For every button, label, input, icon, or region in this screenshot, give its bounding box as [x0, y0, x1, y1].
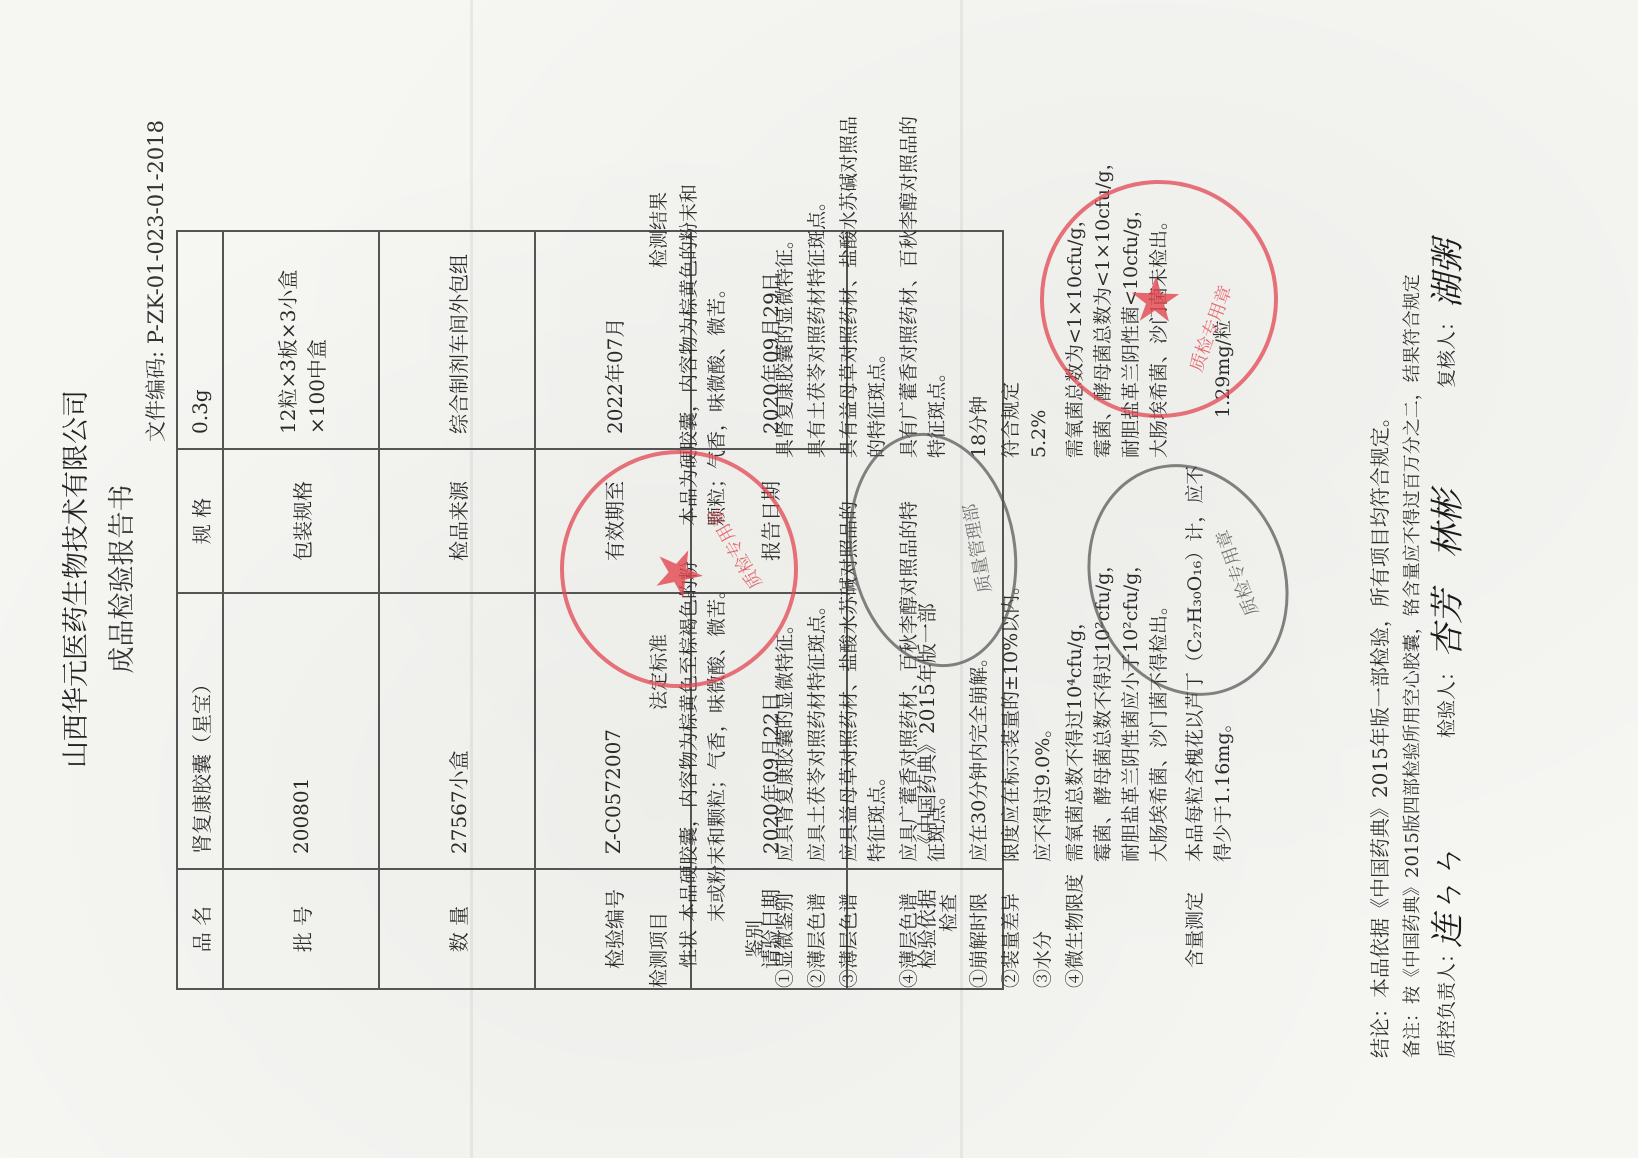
item-standard-line: 应具土茯苓对照药材特征斑点。	[802, 596, 829, 862]
item-label: ②薄层色谱	[802, 893, 829, 988]
inspector-signature: 杏芳	[1420, 590, 1469, 658]
quantity-label: 数 量	[379, 869, 535, 989]
inspection-report-page: 山西华元医药生物技术有限公司 成品检验报告书 文件编码: P-ZK-01-023…	[0, 0, 1638, 1158]
star-icon: ★	[636, 534, 717, 613]
product-name-value: 肾复康胶囊（星宝）	[177, 593, 223, 869]
item-result-line: 5.2%	[1028, 410, 1050, 458]
company-name: 山西华元医药生物技术有限公司	[54, 0, 93, 1158]
source-label: 检品来源	[379, 449, 535, 593]
source-value: 综合制剂车间外包组	[379, 231, 535, 449]
item-result-line: 18分钟	[964, 396, 991, 458]
qc-label: 质控负责人：	[1432, 944, 1459, 1058]
stamp-text: 质检专用章	[1209, 526, 1264, 619]
inspection-section: 检查	[934, 894, 961, 932]
item-standard-line: 征斑点。	[922, 786, 949, 862]
item-label: ③薄层色谱	[834, 893, 861, 988]
item-standard-line: 应在30分钟内完全崩解。	[964, 648, 991, 862]
stamp-text: 质量管理部	[956, 502, 997, 595]
file-code: 文件编码: P-ZK-01-023-01-2018	[140, 120, 170, 442]
table-row: 数 量 27567小盒 检品来源 综合制剂车间外包组	[379, 231, 535, 989]
item-standard-line: 应不得过9.0%。	[1028, 719, 1055, 862]
qc-signature: 连ㄣㄣ	[1420, 846, 1469, 948]
item-label: ④薄层色谱	[894, 893, 921, 988]
report-title: 成品检验报告书	[100, 0, 139, 1158]
identification-section: 鉴别	[740, 920, 767, 958]
packing-label: 包装规格	[223, 449, 379, 593]
table-row: 批 号 200801 包装规格 12粒×3板×3小盒×100中盒	[223, 231, 379, 989]
item-standard-line: 需氧菌总数不得过10⁴cfu/g，	[1060, 611, 1087, 862]
assay-label: 含量测定	[1180, 892, 1207, 968]
col-header-result: 检测结果	[644, 192, 671, 268]
item-result-line: 具有土茯苓对照药材特征斑点。	[802, 192, 829, 458]
item-standard-line: 特征斑点。	[862, 767, 889, 862]
assay-standard-line: 得少于1.16mg。	[1208, 714, 1235, 862]
batch-value: 200801	[223, 593, 379, 869]
item-result-line: 的特征斑点。	[862, 344, 889, 458]
item-label: ①崩解时限	[964, 893, 991, 988]
packing-value: 12粒×3板×3小盒×100中盒	[223, 231, 379, 449]
quantity-value: 27567小盒	[379, 593, 535, 869]
item-label: ④微生物限度	[1060, 874, 1087, 988]
batch-label: 批 号	[223, 869, 379, 989]
item-result-line: 具有广藿香对照药材、百秋李醇对照品的	[894, 116, 921, 458]
item-label: ②装量差异	[996, 893, 1023, 988]
item-standard-line: 应具肾复康胶囊的显微特征。	[770, 615, 797, 862]
properties-label: 性状	[674, 930, 701, 968]
product-name-label: 品 名	[177, 869, 223, 989]
spec-label: 规 格	[177, 449, 223, 593]
spec-value: 0.3g	[177, 231, 223, 449]
table-row: 品 名 肾复康胶囊（星宝） 规 格 0.3g	[177, 231, 223, 989]
col-header-item: 检测项目	[644, 912, 671, 988]
item-label: ①显微鉴别	[770, 893, 797, 988]
item-result-line: 具有益母草对照药材、盐酸水苏碱对照品	[834, 116, 861, 458]
inspector-signature: 林彬	[1420, 490, 1469, 558]
reviewer-signature: 湖粥	[1420, 240, 1469, 308]
item-label: ③水分	[1028, 931, 1055, 988]
red-seal-stamp: ★ 质检专用章	[1006, 146, 1311, 451]
item-result-line: 具肾复康胶囊的显微特征。	[770, 230, 797, 458]
inspector-label: 检验人：	[1432, 662, 1459, 738]
item-result-line: 符合规定	[996, 382, 1023, 458]
star-icon: ★	[1116, 264, 1193, 337]
conclusion: 结论：本品依据《中国药典》2015年版一部检验，所有项目均符合规定。	[1364, 407, 1393, 1058]
reviewer-label: 复核人：	[1432, 312, 1459, 388]
